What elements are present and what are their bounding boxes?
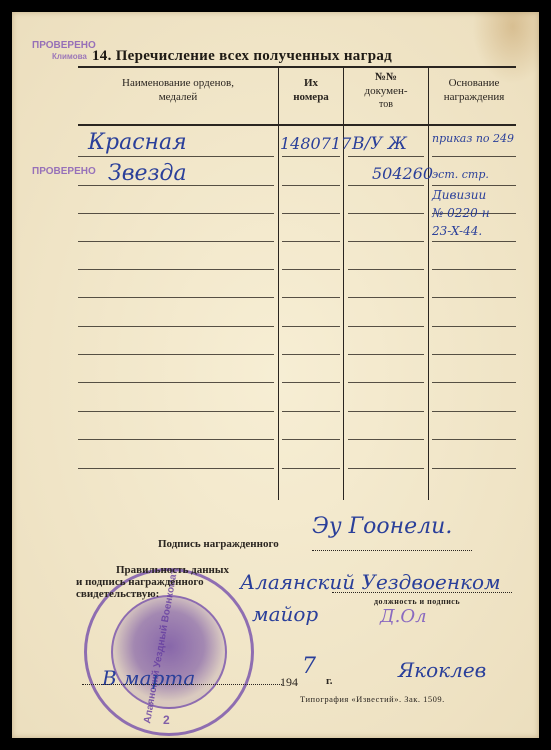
printer-footer: Типография «Известий». Зак. 1509. — [300, 694, 445, 704]
header-documents: №№ докумен- тов — [344, 70, 428, 112]
header-line: награждения — [429, 90, 519, 104]
cell-award: Красная — [88, 130, 187, 155]
cell-basis: приказ по 249 — [432, 132, 514, 145]
certification-label-1: Правильность данных — [116, 564, 229, 576]
header-line: №№ — [344, 70, 428, 84]
checked-stamp-name: Климова — [52, 52, 87, 61]
cell-basis: № 0220-н — [432, 206, 490, 220]
date-year-suffix: 7 — [302, 654, 316, 679]
certification-handwritten-title: Алаянский Уездвоенком — [240, 570, 501, 594]
position-caption: должность и подпись — [374, 597, 460, 606]
column-divider — [428, 68, 429, 500]
header-numbers: Их номера — [279, 76, 343, 104]
cell-document: В/У Ж — [352, 134, 407, 154]
seal-number: 2 — [163, 713, 170, 727]
date-day-month: В марта — [102, 666, 195, 690]
date-line — [82, 684, 282, 685]
date-year-prefix: 194 — [280, 675, 298, 690]
certification-label-3: свидетельствую: — [76, 588, 159, 600]
recipient-signature-label: Подпись награжденного — [158, 538, 279, 550]
header-line: Их — [279, 76, 343, 90]
column-divider — [343, 68, 344, 500]
section-title-text: Перечисление всех полученных наград — [116, 48, 392, 64]
cell-basis: Дивизии — [432, 188, 486, 202]
section-number: 14. — [92, 48, 112, 64]
header-line: тов — [344, 98, 428, 112]
section-title: 14. Перечисление всех полученных наград — [92, 48, 392, 65]
document-page: ПРОВЕРЕНО Климова 14. Перечисление всех … — [12, 12, 539, 738]
recipient-signature: Эу Гоонели. — [312, 514, 452, 539]
header-line: номера — [279, 90, 343, 104]
certification-rank: майор — [252, 602, 318, 626]
table-header-rule — [78, 124, 516, 126]
cell-award: Звезда — [108, 161, 187, 186]
header-basis: Основание награждения — [429, 76, 519, 104]
cell-basis: 23-X-44. — [432, 224, 482, 238]
position-signature-line — [332, 592, 512, 593]
checked-stamp-row: ПРОВЕРЕНО — [32, 166, 96, 177]
official-signature: Якоклев — [398, 658, 486, 682]
official-signature-violet: Д.Ол — [380, 606, 427, 627]
recipient-signature-line — [312, 550, 472, 551]
header-line: докумен- — [344, 84, 428, 98]
header-line: медалей — [78, 90, 278, 104]
cell-number: 1480717 — [280, 134, 351, 153]
cell-basis: эст. стр. — [432, 168, 489, 181]
checked-stamp-top: ПРОВЕРЕНО — [32, 40, 96, 51]
table-top-rule — [78, 66, 516, 68]
header-awards: Наименование орденов, медалей — [78, 76, 278, 104]
certification-label-2: и подпись награжденного — [76, 576, 204, 588]
header-line: Основание — [429, 76, 519, 90]
header-line: Наименование орденов, — [78, 76, 278, 90]
cell-document: 504260 — [372, 164, 433, 183]
column-divider — [278, 68, 279, 500]
date-year-label: г. — [326, 675, 333, 687]
